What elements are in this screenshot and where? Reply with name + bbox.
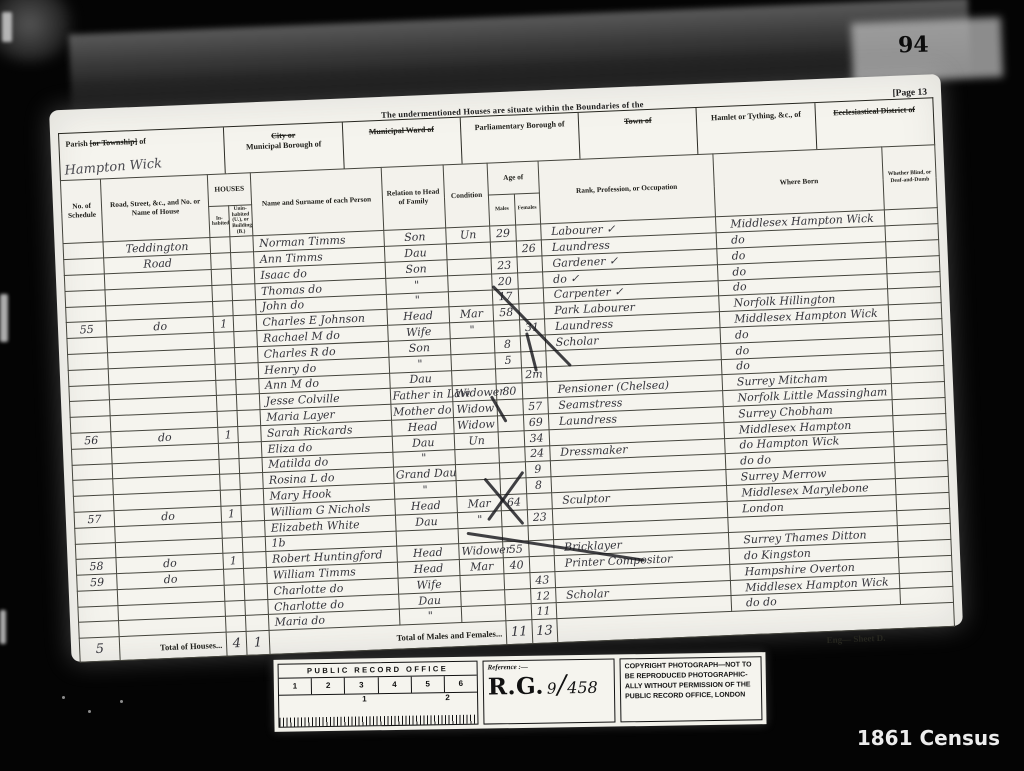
cell-uninhabited [232, 283, 255, 300]
cell-age-female: 34 [524, 430, 550, 447]
cell-inhabited: 1 [218, 426, 239, 443]
ruler-number: 1 [362, 694, 367, 703]
cell-inhabited [224, 584, 245, 601]
cell-age-male [498, 431, 524, 448]
pro-ruler: PUBLIC RECORD OFFICE 1 2 3 4 5 6 1 2 [278, 661, 479, 728]
parish-value: Hampton Wick [64, 156, 163, 180]
cell-age-male [494, 320, 520, 337]
parish-cell: Parish [or Township] of Hampton Wick [59, 127, 226, 180]
municipal-borough-label: Municipal Borough of [246, 139, 322, 151]
cell-uninhabited [239, 441, 262, 458]
cell-age-female [528, 524, 554, 541]
cell-age-male [504, 573, 530, 590]
cell-inhabited: 1 [221, 505, 242, 522]
cell-uninhabited [230, 236, 253, 253]
col-header-infirm: Whether Blind, or Deaf-and-Dumb [882, 145, 937, 210]
col-header-born: Where Born [713, 147, 885, 217]
ecclesiastical-label-struck: Ecclesiastical District of [833, 105, 915, 117]
film-speck [120, 700, 123, 703]
cell-age-male [499, 446, 525, 463]
cell-age-female: 26 [516, 240, 542, 257]
cell-condition [450, 337, 495, 355]
cell-schedule [70, 400, 111, 417]
film-speck [88, 710, 91, 713]
cell-age-male [496, 367, 522, 384]
cell-inhabited [215, 363, 236, 380]
cell-schedule [68, 353, 109, 370]
col-header-males: Males [489, 194, 515, 226]
cell-inhabited [219, 458, 240, 475]
municipal-ward-label-struck: Municipal Ward of [369, 125, 435, 137]
col-header-females: Females [514, 193, 540, 225]
ruler-number: 3 [345, 677, 378, 694]
parish-label: Parish [65, 139, 90, 149]
cell-inhabited [217, 395, 238, 412]
cell-inhabited [218, 442, 239, 459]
cell-age-female [517, 272, 543, 289]
cell-age-male: 8 [495, 336, 521, 353]
cell-condition [448, 290, 493, 308]
film-scratch [0, 610, 6, 644]
cell-schedule [77, 590, 118, 607]
col-header-houses: HOUSES [207, 173, 251, 207]
reference-label: Reference :— [488, 662, 610, 672]
cell-schedule [67, 337, 108, 354]
cell-inhabited [212, 284, 233, 301]
parish-label-struck: [or Township] [89, 137, 137, 148]
cell-uninhabited [243, 536, 266, 553]
col-header-occupation: Rank, Profession, or Occupation [538, 154, 716, 224]
cell-schedule: 59 [77, 574, 118, 591]
table-body: Teddington Norman Timms Son Un 29 Labour… [63, 208, 953, 638]
parliamentary-borough-cell: Parliamentary Borough of [461, 113, 581, 164]
census-form: The undermentioned Houses are situate wi… [57, 80, 955, 676]
col-header-relation: Relation to Head of Family [381, 165, 446, 231]
cell-age-female: 57 [522, 398, 548, 415]
parish-label-of: of [137, 137, 146, 146]
hamlet-cell: Hamlet or Tything, &c., of [697, 103, 817, 154]
cell-condition [455, 463, 500, 481]
cell-uninhabited [235, 362, 258, 379]
copyright-line: PUBLIC RECORD OFFICE, LONDON [625, 691, 757, 703]
cell-age-male: 5 [495, 352, 521, 369]
cell-inhabited [222, 537, 243, 554]
cell-schedule [75, 542, 116, 559]
cell-age-female: 23 [527, 508, 553, 525]
city-label-struck: City or [271, 130, 296, 140]
cell-age-female [522, 382, 548, 399]
reference-number: 9 [547, 679, 557, 697]
cell-uninhabited [240, 473, 263, 490]
cell-inhabited [217, 411, 238, 428]
col-header-name: Name and Surname of each Person [250, 167, 384, 236]
females-total: 13 [531, 619, 557, 644]
cell-inhabited [220, 474, 241, 491]
film-scratch [2, 12, 12, 42]
col-header-uninhabited: Unin-habited (U.), or Building (B.) [229, 205, 252, 237]
ruler-number: 6 [445, 676, 477, 693]
cell-schedule [66, 305, 107, 322]
cell-condition [452, 368, 497, 386]
cell-age-male: 29 [490, 225, 516, 242]
cell-condition: Un [446, 226, 491, 244]
cell-age-female [518, 287, 544, 304]
cell-inhabited [216, 379, 237, 396]
cell-condition: Widow [454, 416, 499, 434]
cell-age-female: 8 [526, 477, 552, 494]
cell-uninhabited [244, 568, 267, 585]
cell-uninhabited [245, 599, 268, 616]
film-speck [62, 696, 65, 699]
cell-condition [447, 258, 492, 276]
cell-age-female: 9 [525, 461, 551, 478]
pro-reference-strip: PUBLIC RECORD OFFICE 1 2 3 4 5 6 1 2 Ref… [273, 652, 766, 732]
municipal-ward-cell: Municipal Ward of [342, 118, 462, 169]
col-header-schedule: No. of Schedule [60, 179, 103, 244]
cell-schedule [75, 526, 116, 543]
cell-uninhabited [233, 299, 256, 316]
ruler-number: 1 [279, 678, 312, 695]
cell-uninhabited [235, 347, 258, 364]
cell-schedule [73, 495, 114, 512]
town-cell: Town of [579, 108, 699, 159]
cell-uninhabited [242, 520, 265, 537]
cell-schedule [73, 479, 114, 496]
hamlet-label: Hamlet or Tything, &c., of [711, 110, 801, 123]
cell-inhabited [225, 600, 246, 617]
col-header-inhabited: In-habited [209, 206, 230, 238]
cell-inhabited [215, 348, 236, 365]
cell-schedule [79, 621, 120, 638]
cell-uninhabited [239, 457, 262, 474]
reference-slash: / [557, 675, 566, 696]
cell-condition [460, 574, 505, 592]
cell-age-female: 69 [523, 414, 549, 431]
pro-reference: Reference :— R.G. 9 / 458 [483, 659, 616, 725]
cell-schedule [78, 605, 119, 622]
cell-inhabited [213, 300, 234, 317]
houses-uninhabited-total: 1 [246, 631, 269, 656]
cell-condition [461, 605, 506, 623]
cell-inhabited: 1 [223, 553, 244, 570]
cell-uninhabited [243, 552, 266, 569]
cell-inhabited [222, 521, 243, 538]
cell-uninhabited [231, 252, 254, 269]
cell-schedule: 58 [76, 558, 117, 575]
cell-uninhabited [246, 615, 269, 632]
cell-age-male: 23 [491, 257, 517, 274]
cell-inhabited: 1 [213, 316, 234, 333]
cell-uninhabited [237, 394, 260, 411]
census-form-paper: The undermentioned Houses are situate wi… [49, 74, 963, 662]
cell-condition [461, 589, 506, 607]
col-header-condition: Condition [443, 163, 490, 228]
cell-schedule [63, 242, 104, 259]
cell-condition: Widower [459, 542, 504, 560]
col-header-road: Road, Street, &c., and No. or Name of Ho… [101, 175, 210, 243]
cell-condition: Widow [453, 400, 498, 418]
col-header-age: Age of [487, 161, 539, 195]
cell-inhabited [211, 253, 232, 270]
cell-condition: Mar [449, 305, 494, 323]
cell-uninhabited [234, 331, 257, 348]
reference-prefix: R.G. [488, 673, 544, 701]
houses-inhabited-total: 4 [226, 632, 247, 657]
cell-schedule [71, 447, 112, 464]
cell-age-female [517, 256, 543, 273]
cell-age-female: 12 [530, 587, 556, 604]
cell-condition [451, 353, 496, 371]
cell-schedule [72, 463, 113, 480]
cell-schedule: 56 [71, 432, 112, 449]
males-total: 11 [506, 620, 532, 645]
cell-age-male [506, 604, 532, 621]
film-scratch [0, 294, 8, 342]
cell-condition: Un [454, 432, 499, 450]
cell-condition [446, 242, 491, 260]
cell-condition: " [450, 321, 495, 339]
cell-schedule [64, 258, 105, 275]
cell-inhabited [220, 490, 241, 507]
reference-piece: 458 [567, 678, 598, 697]
census-table: No. of Schedule Road, Street, &c., and N… [60, 144, 955, 663]
ruler-number: 4 [378, 677, 411, 694]
cell-age-female [529, 556, 555, 573]
cell-age-female: 11 [531, 603, 557, 620]
cell-condition [455, 447, 500, 465]
cell-uninhabited [244, 583, 267, 600]
cell-schedule: 55 [66, 321, 107, 338]
cell-schedule: 57 [74, 511, 115, 528]
cell-uninhabited [241, 489, 264, 506]
cell-schedule [69, 384, 110, 401]
cell-uninhabited [236, 378, 259, 395]
pro-copyright: COPYRIGHT PHOTOGRAPH—NOT TO BE REPRODUCE… [619, 656, 762, 722]
cell-schedule [64, 274, 105, 291]
cell-age-male [491, 241, 517, 258]
cell-age-female [526, 493, 552, 510]
cell-age-female: 24 [524, 445, 550, 462]
ruler-number: 2 [445, 693, 450, 702]
cell-condition: Mar [459, 558, 504, 576]
cell-inhabited [210, 237, 231, 254]
ruler-number: 5 [411, 676, 444, 693]
cell-uninhabited [241, 504, 264, 521]
ecclesiastical-cell: Ecclesiastical District of [815, 98, 934, 149]
cell-uninhabited [232, 268, 255, 285]
cell-inhabited [224, 569, 245, 586]
cell-schedule [70, 416, 111, 433]
cell-schedule [68, 369, 109, 386]
town-label-struck: Town of [624, 116, 652, 126]
cell-uninhabited [238, 426, 261, 443]
municipal-borough-cell: City or Municipal Borough of [224, 123, 344, 174]
cell-inhabited [226, 616, 247, 633]
cell-uninhabited [237, 410, 260, 427]
cell-age-male [505, 588, 531, 605]
cell-inhabited [214, 332, 235, 349]
cell-age-female [515, 224, 541, 241]
cell-age-male: 40 [504, 557, 530, 574]
caption-1861-census: 1861 Census [857, 726, 1000, 750]
film-page-number: 94 [898, 32, 929, 59]
ruler-scale-bottom: 1 2 [279, 693, 477, 727]
parliamentary-label: Parliamentary Borough of [474, 119, 564, 132]
microfilm-scan: 94 The undermentioned Houses are situate… [0, 0, 1024, 771]
cell-inhabited [211, 269, 232, 286]
cell-uninhabited [233, 315, 256, 332]
cell-age-female: 43 [529, 572, 555, 589]
cell-condition [448, 274, 493, 292]
cell-condition: " [457, 510, 502, 528]
cell-schedule [65, 290, 106, 307]
schedule-total: 5 [79, 637, 120, 663]
ruler-number: 2 [312, 678, 345, 695]
reference-value: R.G. 9 / 458 [488, 672, 610, 701]
